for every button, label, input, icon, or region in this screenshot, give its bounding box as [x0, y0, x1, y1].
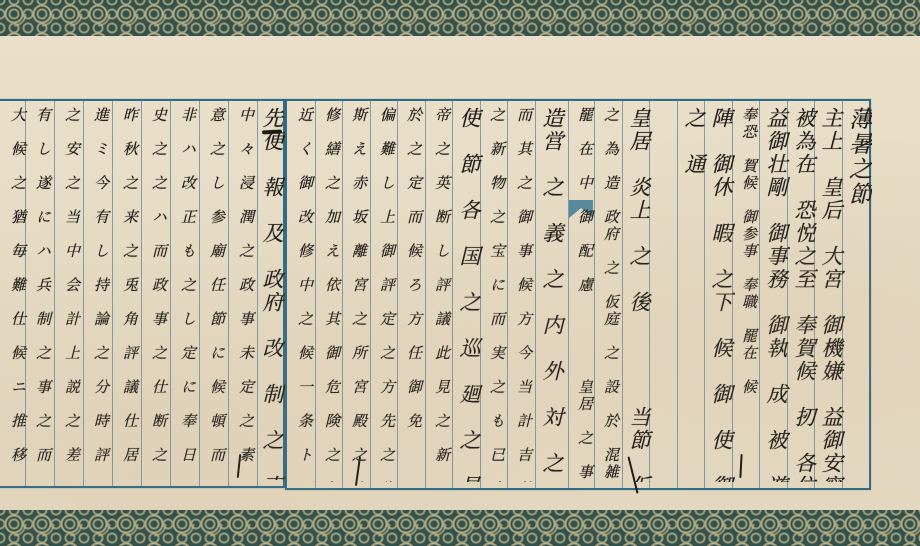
text-column: 皇居 炎上 之 後 当節 仮 皇居: [625, 107, 653, 482]
text-column: 益御壮剛 御事務 御執 成 被 遊 候 段: [762, 107, 790, 482]
text-column: 偏 難 し 上 御 評 定 之 方 先 之 為: [373, 107, 401, 482]
text-column: 之 為 造 政府 之 仮庭 之 設 於 混雑 多: [597, 107, 625, 482]
brocade-border-top: [0, 0, 920, 36]
brocade-border-bottom: [0, 510, 920, 546]
text-column: 之 安 之 当 中 会 計 上 説 之 差 之 当: [58, 107, 86, 480]
text-column: 中 々 浸 潤 之 政 事 未 定 之 素 り 本: [232, 107, 260, 480]
text-column: 陣 御休 暇 之下 候 御 使 御 報 知: [707, 107, 735, 482]
ruling-line: [677, 101, 678, 488]
text-column: 被為在 恐悦之至 奉賀候 扨 各位: [790, 107, 818, 482]
ruling-line: [568, 101, 569, 488]
text-column-heading: 薄暑之節: [844, 107, 872, 482]
text-column: 先便 報 及 政府 改 制 之 事 議 候: [258, 107, 286, 480]
text-column: 意 之 し 参 廟 任 節 に 候 頓 而 之 上 い 元: [203, 107, 231, 480]
right-letter-sheet: 薄暑之節 主上 皇后 大宮 御機嫌 益御安寧 被為在 恐悦之至 奉賀候 扨 各位…: [285, 99, 871, 490]
text-column: 修 繕 之 加 え 依 其 御 危 険 之 候: [318, 107, 346, 482]
text-column: 斯 え 赤 坂 離 宮 之 所 宮 殿 之 定 中: [345, 107, 373, 482]
text-column: 史 之 之 ハ 而 政 事 之 仕 断 之 中: [145, 107, 173, 480]
text-column: 昨 秋 之 来 之 兎 角 評 議 仕 居 之 候: [116, 107, 144, 480]
text-column: 有 し 遂 に ハ 兵 制 之 事 之 而 一 月: [29, 107, 57, 480]
left-letter-sheet: 先便 報 及 政府 改 制 之 事 議 候 中 々 浸 潤 之 政 事 未 定 …: [0, 99, 285, 488]
text-column: 罷 在 中 御 配 慮 皇居 之 事 何 遅 延: [571, 107, 599, 482]
text-column: 造営 之 義 之 内 外 対 之 も 決 議 鉄: [538, 107, 566, 482]
text-column: 主上 皇后 大宮 御機嫌 益御安寧: [817, 107, 845, 482]
text-column: 大 候 之 猶 毎 難 仕 候 ニ 推 移 テ 之 候: [4, 107, 32, 480]
text-column: 進 ミ 今 有 し 持 論 之 分 時 評 抗: [87, 107, 115, 480]
text-column: 而 其 之 御 事 候 方 今 当 計 吉 甚: [510, 107, 538, 482]
text-column: 帝 之 英 断 し 評 議 此 見 之 新: [428, 107, 456, 482]
text-column: 非 ハ 改 正 も 之 し 定 に 奉 日: [174, 107, 202, 480]
text-column: 之 新 物 之 宝 に 而 実 之 も 已 章: [483, 107, 511, 482]
text-column: 之 通: [680, 107, 708, 482]
text-column: 使 節 各 国 之 巡 廻 之 見 帰 自 各 国: [455, 107, 483, 482]
scroll-paper: 先便 報 及 政府 改 制 之 事 議 候 中 々 浸 潤 之 政 事 未 定 …: [0, 36, 920, 510]
text-column: 奉恐 賀候 御参事 奉職 罷在 候: [735, 107, 763, 482]
text-column: 於 之 定 而 候 ろ 方 任 御 免: [400, 107, 428, 482]
text-column: 近 く 御 改 修 中 之 候 一 条 ト 不: [291, 107, 319, 482]
